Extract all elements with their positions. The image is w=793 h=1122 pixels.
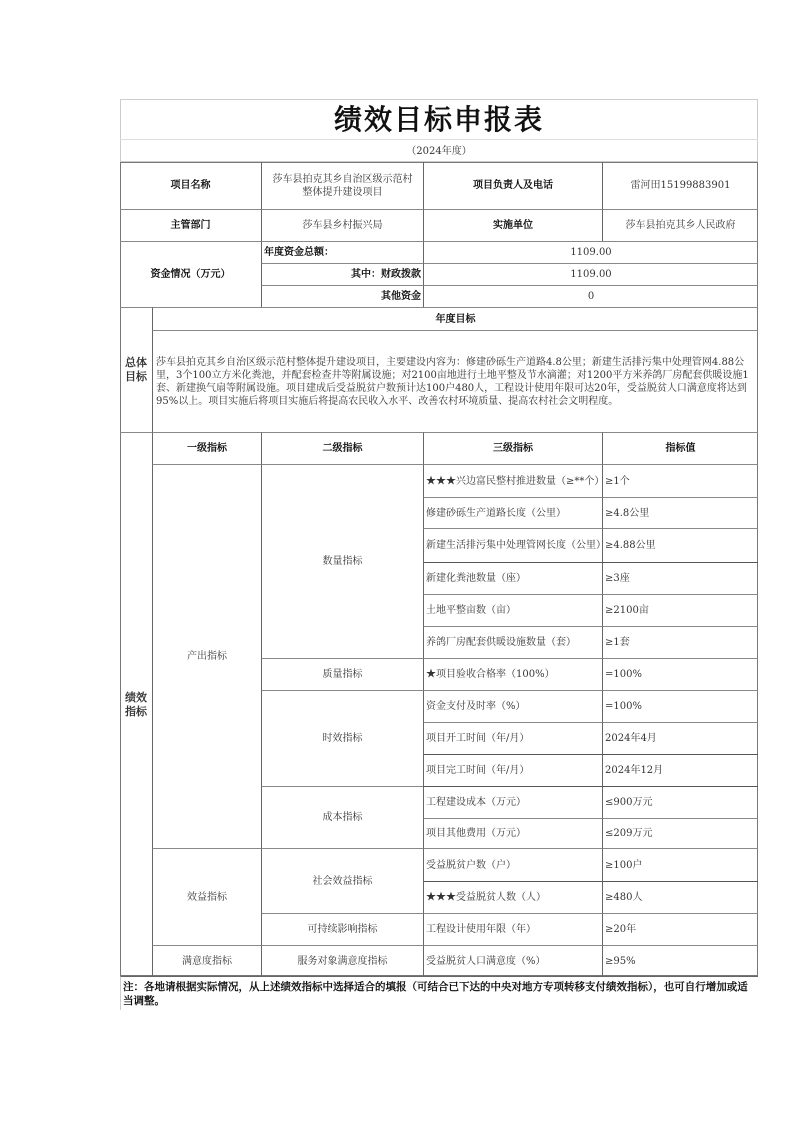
header-level1: 一级指标 xyxy=(152,432,261,464)
project-name-value: 莎车县拍克其乡自治区级示范村整体提升建设项目 xyxy=(261,162,423,209)
indicator-value: ≥20年 xyxy=(602,913,758,945)
funds-other-label: 其他资金 xyxy=(261,285,423,307)
indicator-value: ≥1套 xyxy=(602,626,758,658)
indicator-value: ≥480人 xyxy=(602,881,758,913)
indicator-name: 工程设计使用年限（年） xyxy=(423,913,602,945)
level2-service-satisfaction: 服务对象满意度指标 xyxy=(261,945,423,976)
indicator-value: ≥3座 xyxy=(602,562,758,594)
level2-social-benefit: 社会效益指标 xyxy=(261,848,423,913)
header-value: 指标值 xyxy=(602,432,758,464)
footnote: 注：各地请根据实际情况，从上述绩效指标中选择适合的填报（可结合已下达的中央对地方… xyxy=(120,976,758,1010)
level1-benefit: 效益指标 xyxy=(152,848,261,945)
indicator-value: ≤900万元 xyxy=(602,786,758,818)
level2-quantity: 数量指标 xyxy=(261,464,423,658)
indicator-name: 项目开工时间（年/月） xyxy=(423,722,602,754)
dept-label: 主管部门 xyxy=(120,209,261,241)
indicator-value: ≥2100亩 xyxy=(602,594,758,626)
indicator-value: 2024年4月 xyxy=(602,722,758,754)
unit-value: 莎车县拍克其乡人民政府 xyxy=(602,209,758,241)
indicator-name: 养鸽厂房配套供暖设施数量（套） xyxy=(423,626,602,658)
indicator-value: ≥95% xyxy=(602,945,758,976)
funds-label: 资金情况（万元） xyxy=(120,241,261,307)
level2-sustainability: 可持续影响指标 xyxy=(261,913,423,945)
goal-side-label: 总体目标 xyxy=(124,356,148,384)
funds-total-value: 1109.00 xyxy=(423,241,758,263)
goal-header: 年度目标 xyxy=(152,307,758,330)
indicator-name: 工程建设成本（万元） xyxy=(423,786,602,818)
level1-satisfaction: 满意度指标 xyxy=(152,945,261,976)
level2-quality: 质量指标 xyxy=(261,658,423,690)
indicators-side-label: 绩效指标 xyxy=(124,691,148,719)
indicator-value: =100% xyxy=(602,658,758,690)
funds-other-value: 0 xyxy=(423,285,758,307)
level2-cost: 成本指标 xyxy=(261,786,423,848)
document-title: 绩效目标申报表 xyxy=(120,99,758,139)
indicator-value: ≥4.88公里 xyxy=(602,528,758,562)
indicator-value: =100% xyxy=(602,690,758,722)
indicator-name: ★★★兴边富民整村推进数量（≥**个） xyxy=(423,464,602,497)
owner-value: 雷河田15199883901 xyxy=(602,162,758,209)
indicator-name: 新建生活排污集中处理管网长度（公里） xyxy=(423,528,602,562)
project-name-label: 项目名称 xyxy=(120,162,261,209)
indicator-name: 受益脱贫人口满意度（%） xyxy=(423,945,602,976)
dept-value: 莎车县乡村振兴局 xyxy=(261,209,423,241)
indicator-name: 新建化粪池数量（座） xyxy=(423,562,602,594)
indicator-name: 受益脱贫户数（户） xyxy=(423,848,602,881)
indicator-value: 2024年12月 xyxy=(602,754,758,786)
indicator-value: ≥1个 xyxy=(602,464,758,497)
indicator-value: ≤209万元 xyxy=(602,818,758,848)
indicator-name: 修建砂砾生产道路长度（公里） xyxy=(423,497,602,528)
indicator-value: ≥4.8公里 xyxy=(602,497,758,528)
level1-output: 产出指标 xyxy=(152,464,261,848)
indicators-side-cell: 绩效指标 xyxy=(120,432,152,976)
unit-label: 实施单位 xyxy=(423,209,602,241)
indicator-name: 土地平整亩数（亩） xyxy=(423,594,602,626)
document-year: （2024年度） xyxy=(120,139,758,162)
indicator-name: ★项目验收合格率（100%） xyxy=(423,658,602,690)
owner-label: 项目负责人及电话 xyxy=(423,162,602,209)
indicator-name: 项目完工时间（年/月） xyxy=(423,754,602,786)
header-level3: 三级指标 xyxy=(423,432,602,464)
indicator-name: 项目其他费用（万元） xyxy=(423,818,602,848)
funds-fiscal-value: 1109.00 xyxy=(423,263,758,285)
funds-fiscal-label: 其中：财政拨款 xyxy=(261,263,423,285)
header-level2: 二级指标 xyxy=(261,432,423,464)
funds-total-label: 年度资金总额： xyxy=(261,241,423,263)
indicator-name: 资金支付及时率（%） xyxy=(423,690,602,722)
level2-timeliness: 时效指标 xyxy=(261,690,423,786)
indicator-name: ★★★受益脱贫人数（人） xyxy=(423,881,602,913)
goal-text: 莎车县拍克其乡自治区级示范村整体提升建设项目，主要建设内容为：修建砂砾生产道路4… xyxy=(152,330,758,432)
indicator-value: ≥100户 xyxy=(602,848,758,881)
goal-side-cell: 总体目标 xyxy=(120,307,152,432)
